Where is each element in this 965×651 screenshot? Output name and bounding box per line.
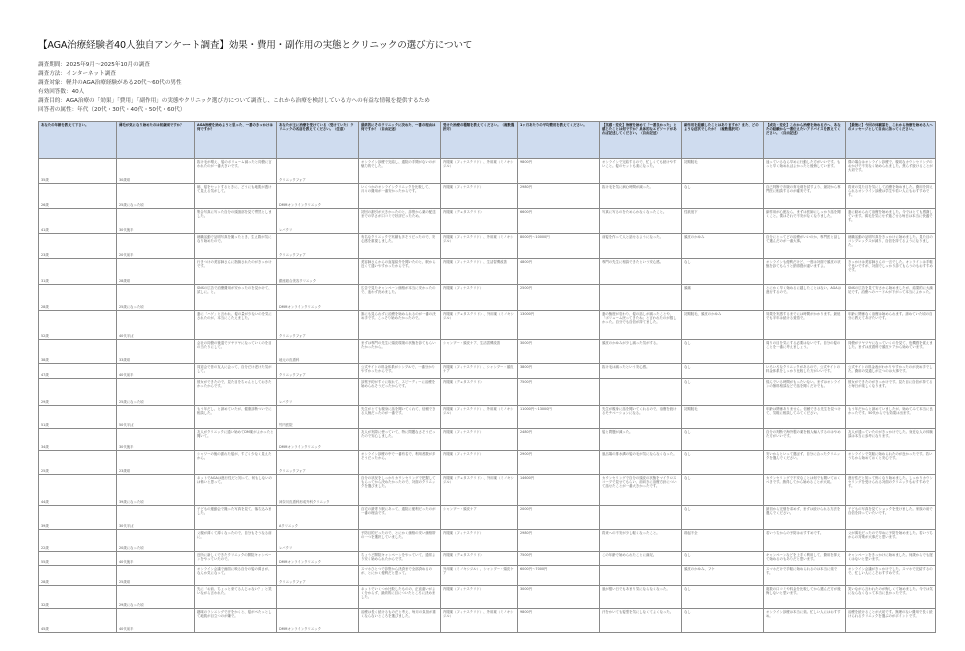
cell-message: 公式サイトの料金表がわかりやすかったのが決め手でした。費用の見通しが立つのは大事… <box>846 364 936 379</box>
table-body: 35歳30歳頃抜け毛が増え、髪のボリューム減ったと同僚に言われたのが一番大きいで… <box>39 159 936 633</box>
cell-message: SNSの広告を見て安さから始めましたが、結果的に大満足です。治療へのハードルが下… <box>846 285 936 311</box>
cell-monthly-cost: 7500円 <box>518 379 600 406</box>
cell-message: 同僚がツヤツヤになっていくのを見て、危機感を覚えました。まずは皮膚科で頭皮ケアか… <box>846 340 936 364</box>
cell-clinic: DMMオンラインクリニック <box>277 184 359 209</box>
cell-age: 51歳 <box>39 406 117 429</box>
cell-best-result: カウンセリングで自分の頭皮の状態をマイクロスコープで見せてもらい、前向きに治療方… <box>600 475 682 506</box>
table-row: 35歳30歳頃抜け毛が増え、髪のボリューム減ったと同僚に言われたのが一番大きいで… <box>39 159 936 184</box>
cell-reason: 広告で見たキャンペーン価格が本当に安かったので、迷わず決めました。 <box>359 285 441 311</box>
cell-monthly-cost: 3800円 <box>518 364 600 379</box>
cell-reason: 診察予約がすぐに取れて、スピーディーに治療を始められそうだったからです。 <box>359 379 441 406</box>
cell-onset-age: 30歳頃 <box>117 159 195 184</box>
cell-trigger: 就職活動で証明写真を撮ったとき、生え際が気になり始めたので。 <box>195 234 277 259</box>
cell-advice: 効果を実感するまでには時間がかかります。最低でも半年は続ける覚悟で。 <box>764 311 846 340</box>
cell-best-result: オンラインで完結するので、忙しくても続けやすいこと。髪のセットも楽になった。 <box>600 159 682 184</box>
table-row: 25歳23歳頃シャワーの後の濡れた髪が、すごく少なく見えたから。クリニックフォア… <box>39 451 936 475</box>
cell-trigger: 近所に新しくできたクリニックの開院キャンペーンをやっていたので。 <box>195 552 277 566</box>
cell-side-effects: なし <box>682 609 764 633</box>
cell-trigger: 朝、髪をセットするときに、どうにも地肌が透けて見える気がして。 <box>195 184 277 209</box>
cell-message: 就職活動の証明写真をきっかけに始めました。見た目のコンプレックスが減り、自信を持… <box>846 234 936 259</box>
cell-message: キャンペーンをきっかけに始めました。何歳からでも遅くはないと思います。 <box>846 552 936 566</box>
cell-message: 父が薄毛だったので早めに予防を始めました。若いうちからの対策が大事だと思います。 <box>846 530 936 552</box>
cell-monthly-cost: 14600円 <box>518 475 600 506</box>
survey-purpose: 調査目的：AGA治療の「効果」「費用」「副作用」の実態やクリニック選び方について… <box>38 97 430 106</box>
cell-reason: 公式サイトの料金体系がシンプルで、一番分かりやすかったからです。 <box>359 364 441 379</box>
cell-reason: 治療は長く続けるものだと考え、毎月の負担が重くならないところを選びました。 <box>359 609 441 633</box>
cell-best-result <box>600 379 682 406</box>
cell-advice: とにかく早く始めるに越したことはない。AGAは進行するので。 <box>764 285 846 311</box>
cell-side-effects: なし <box>682 586 764 609</box>
cell-age: 23歳 <box>39 234 117 259</box>
survey-period: 調査期間：2025年9月～2025年10月の調査 <box>38 61 430 70</box>
cell-treatment: 内服薬（フィナステリド） <box>441 451 518 475</box>
cell-message: 子どもの写真を見てショックを受けました。家族の前で自信を持っていたいです。 <box>846 506 936 530</box>
cell-trigger: 趣味のランニングで汗をかくと、髪がぺたっとして地肌が目立つのが嫌で。 <box>195 609 277 633</box>
table-header-row: あなたの年齢を教えて下さい。 薄毛が気になり始めたのは何歳頃ですか？ AGA治療… <box>39 122 936 159</box>
cell-best-result: 髪と問題が減った。 <box>600 429 682 451</box>
cell-trigger: 父親が薄くて薄くなったので、自分もそうなる前に。 <box>195 530 277 552</box>
cell-side-effects: 初期脱毛 <box>682 159 764 184</box>
cell-message: きっかけは美容師さんの一言でした。オンラインは手軽で良いですが、対面でしっかり診… <box>846 259 936 285</box>
cell-reason: まずは専門の先生に頭皮環境の状態を診てもらいたかったから。 <box>359 340 441 364</box>
cell-best-result: 将来への不安が少し軽くなったこと。 <box>600 530 682 552</box>
cell-onset-age: 29歳になった頃 <box>117 586 195 609</box>
cell-advice: キャンペーンなどを上手く利用して、費用を抑えて始めるのもありだと思います。 <box>764 552 846 566</box>
cell-onset-age: 33歳頃 <box>117 340 195 364</box>
cell-age: 29歳 <box>39 379 117 406</box>
cell-trigger: オンライン会議で画面に映る自分の髪の薄さが、なんか気になって。 <box>195 566 277 586</box>
cell-age: 32歳 <box>39 586 117 609</box>
cell-advice: 最初から完璧を求めず、まずは続けられる方法を選んでください。 <box>764 506 846 530</box>
cell-onset-age: 40代前半 <box>117 609 195 633</box>
cell-advice: カウンセリングで不安なことは何でも聞いておくべきです。納得してから始めることが大… <box>764 475 846 506</box>
cell-treatment: 内服薬（デュタステリド）、外用薬（ミノキシジル） <box>441 475 518 506</box>
cell-advice: 複数の口コミや料金を比較してから選んだ方が後悔しないと思います。 <box>764 586 846 609</box>
cell-trigger: もう年だし、と諦めていたが、健康診断ついでに相談した。 <box>195 406 277 429</box>
cell-advice: オンラインも便利だけど、一度は対面で頭皮の状態を診てもらうと納得感が違いますよ。 <box>764 259 846 285</box>
cell-trigger: 子どもの運動会で撮った写真を見て、落ち込みました。 <box>195 506 277 530</box>
cell-side-effects: なし <box>682 506 764 530</box>
cell-reason: 自宅の最寄り駅にあって、通院に便利だったのが一番の理由です。 <box>359 506 441 530</box>
cell-monthly-cost: 6600円 <box>518 209 600 234</box>
cell-age: 41歳 <box>39 209 117 234</box>
cell-side-effects: 初期脱毛、頭皮のかゆみ <box>682 311 764 340</box>
cell-treatment: シャンプー・頭皮ケア、生活習慣改善 <box>441 340 518 364</box>
cell-onset-age: 40代後半 <box>117 552 195 566</box>
cell-monthly-cost: 6000円～7000円 <box>518 566 600 586</box>
cell-reason: ネットでいくつか比較したものの、正直違いがよく分からず、最終的に目についたところ… <box>359 586 441 609</box>
cell-clinic: クリニックフォア <box>277 159 359 184</box>
cell-advice: 悩んでいる時間がもったいない。まずはオンラインの無料相談などで話を聞くだけでも。 <box>764 379 846 406</box>
cell-side-effects: なし <box>682 259 764 285</box>
cell-best-result: 前髪を作って人と話せるようになった。 <box>600 234 682 259</box>
table-row: 51歳50代半ばもう年だし、と諦めていたが、健康診断ついでに相談した。竹内医院先… <box>39 406 936 429</box>
cell-age: 38歳 <box>39 340 117 364</box>
cell-clinic: クリニックフォア <box>277 234 359 259</box>
table-row: 55歳40代後半近所に新しくできたクリニックの開院キャンペーンをやっていたので。… <box>39 552 936 566</box>
cell-treatment: 内服薬（デュタステリド） <box>441 209 518 234</box>
table-row: 47歳40代前半同窓会で昔の友人に会って、自分だけ老けた気がして。クリニックフォ… <box>39 364 936 379</box>
cell-age: 28歳 <box>39 285 117 311</box>
cell-best-result: 抜け毛を気に病む時間が減った。 <box>600 184 682 209</box>
table-row: 34歳30代後半友人がクリニックに通い始めてDM薬がよかったと聞いて。DMMオン… <box>39 429 936 451</box>
cell-onset-age: 39歳になった頃 <box>117 475 195 506</box>
respondent-attributes: 回答者の属性：年代（20代・30代・40代・50代・60代） <box>38 106 430 115</box>
table-row: 23歳20代前半就職活動で証明写真を撮ったとき、生え際が気になり始めたので。クリ… <box>39 234 936 259</box>
cell-clinic: クリニックフォア <box>277 451 359 475</box>
cell-treatment: 内服薬（フィナステリド） <box>441 184 518 209</box>
cell-treatment: 内服薬（フィナステリド）、外用薬（ミノキシジル） <box>441 609 518 633</box>
cell-reason: 先生がとても親身に話を聞いてくれて、信頼できる人柄だったのが一番です。 <box>359 406 441 429</box>
cell-monthly-cost: 4800円 <box>518 259 600 285</box>
cell-message: 将来の見た目を気にして治療を始めました。費用を抑えられるオンライン診療は学生や若… <box>846 184 936 209</box>
cell-message: オンライン会議がきっかけでした。スマホで完結するので、忙しい人にこそおすすめです… <box>846 566 936 586</box>
column-header-reason: 最終的にそのクリニックに決めた、一番の理由は何ですか？（自由記述） <box>359 122 441 159</box>
cell-side-effects: 初期脱毛 <box>682 406 764 429</box>
column-header-best-result: 【実感・変化】治療を始めて「一番良かった」と感じたことは何ですか？具体的なエピソ… <box>600 122 682 159</box>
cell-side-effects: なし <box>682 379 764 406</box>
cell-clinic: Aクリニック <box>277 506 359 530</box>
column-header-trigger: AGA治療を始めようと思った、一番のきっかけは何ですか？ <box>195 122 277 159</box>
survey-overview: 調査期間：2025年9月～2025年10月の調査 調査方法：インターネット調査 … <box>38 61 430 116</box>
cell-side-effects: 頭皮のかゆみ <box>682 234 764 259</box>
cell-best-result: 写真に写るのをためらわなくなったこと。 <box>600 209 682 234</box>
survey-results-table: あなたの年齢を教えて下さい。 薄毛が気になり始めたのは何歳頃ですか？ AGA治療… <box>38 121 936 633</box>
cell-reason: いくつかのオンラインクリニックを比較して、月々の費用が一番安かったからです。 <box>359 184 441 209</box>
cell-clinic: クリニックフォア <box>277 566 359 586</box>
valid-responses: 有効回答数：40人 <box>38 88 430 97</box>
cell-side-effects: なし <box>682 364 764 379</box>
cell-treatment: 内服薬（デュタステリド） <box>441 552 518 566</box>
cell-reason: 初回の割引が大きかったのと、診察から薬の配送までの早さが口コミで好評だったため。 <box>359 209 441 234</box>
cell-trigger: SNSの広告で治療費用が安かったのを見かけて、試しに。と。 <box>195 285 277 311</box>
cell-clinic: クリニックフォア <box>277 364 359 379</box>
cell-side-effects: なし <box>682 552 764 566</box>
cell-reason: ちょうど開院キャンペーンをやっていて、通常より安く始められたからです。 <box>359 552 441 566</box>
cell-best-result: 妻の態度が変わり、髪の話しが減ったことや、「ボリューム戻ってきたね」と言われたの… <box>600 311 682 340</box>
cell-side-effects: 頭皮のかゆみ、フケ <box>682 566 764 586</box>
cell-age: 34歳 <box>39 429 117 451</box>
table-row: 29歳25歳になった頃彼女ができたので、見た目をちゃんとしておきたかったからです… <box>39 379 936 406</box>
table-row: 41歳30代後半集合写真に写った自分の頭頂部を見て愕然としました。レバクリ初回の… <box>39 209 936 234</box>
cell-reason: オンライン診療の中で一番有名で、利用者数が多そうだったから。 <box>359 451 441 475</box>
cell-trigger: ネットでAGAは進行性だと知って、何もしないのは怖いと思って。 <box>195 475 277 506</box>
survey-target: 調査対象：軽井のAGA治療経験がある20代～60代の男性 <box>38 79 430 88</box>
cell-message: オンラインで気軽に始められたのが良かったです。若いうちから始めておくと安心です。 <box>846 451 936 475</box>
table-row: 26歳25歳になった頃朝、髪をセットするときに、どうにも地肌が透けて見える気がし… <box>39 184 936 209</box>
cell-best-result: 風呂場の排水溝の髪の毛が気にならなくなった。 <box>600 451 682 475</box>
cell-trigger: 行きつけの美容師さんに指摘されたのがきっかけです。 <box>195 259 277 285</box>
cell-treatment: 内服薬（フィナステリド）、生活習慣改善 <box>441 259 518 285</box>
cell-advice: 迷っているなら早めに行動した方がいいです。もっと早く始めればよかったと後悔してい… <box>764 159 846 184</box>
cell-message: 彼女ができたのがきっかけです。見た目に自信が持てると毎日が楽しくなります。 <box>846 379 936 406</box>
cell-message: 僕の場合はオンライン診療で、親切なカウンセリングのおかげで不安なく始められました… <box>846 159 936 184</box>
cell-trigger: 集合写真に写った自分の頭頂部を見て愕然としました。 <box>195 209 277 234</box>
cell-advice: オンライン診療は本当に楽。忙しい人にはおすすめ。 <box>764 609 846 633</box>
column-header-advice: 【成功・変化】これから治療を始める方へ、あなたの経験から一番伝えたいアドバイスを… <box>764 122 846 159</box>
cell-clinic <box>277 586 359 609</box>
cell-treatment: 内服薬（フィナステリド）、外用薬（ミノキシジル） <box>441 159 518 184</box>
cell-best-result <box>600 566 682 586</box>
cell-side-effects: 性欲低下 <box>682 209 764 234</box>
cell-advice: 自己判断で市販の育毛剤を試すより、最初から専門医に相談するのが確実です。 <box>764 184 846 209</box>
table-row: 32歳29歳になった頃先に「お前、ちょっと来てるんじゃない？」と笑いながら言われ… <box>39 586 936 609</box>
cell-age: 52歳 <box>39 311 117 340</box>
cell-onset-age: 30代半ば <box>117 506 195 530</box>
cell-reason: オンライン診療で完結し、通院の手間がないのが魅力的でした。 <box>359 159 441 184</box>
cell-onset-age: 30代後半 <box>117 209 195 234</box>
cell-best-result: 汗をかいても髪型を気にしなくてよくなった。 <box>600 609 682 633</box>
cell-best-result: 専門の先生に相談できたという安心感。 <box>600 259 682 285</box>
cell-best-result: 抜け毛は減ったという安心感。 <box>600 364 682 379</box>
column-header-onset-age: 薄毛が気になり始めたのは何歳頃ですか？ <box>117 122 195 159</box>
cell-best-result: 風が強い日でもあまり気にならなくなった。 <box>600 586 682 609</box>
cell-monthly-cost: 2900円 <box>518 451 600 475</box>
cell-age: 22歳 <box>39 530 117 552</box>
table-row: 44歳39歳になった頃ネットでAGAは進行性だと知って、何もしないのは怖いと思っ… <box>39 475 936 506</box>
cell-age: 28歳 <box>39 566 117 586</box>
cell-clinic: レバクリ <box>277 209 359 234</box>
cell-treatment: 内服薬（フィナステリド） <box>441 586 518 609</box>
cell-monthly-cost: 2000円 <box>518 506 600 530</box>
survey-method: 調査方法：インターネット調査 <box>38 70 430 79</box>
cell-clinic: 神奈川皮膚科形成外科クリニック <box>277 475 359 506</box>
cell-side-effects: なし <box>682 184 764 209</box>
cell-reason: 友人が実際に使っていて、特に問題なさそうだったので安心しました。 <box>359 429 441 451</box>
cell-treatment: 内服薬（デュタステリド）、外用薬（ミノキシジル） <box>441 311 518 340</box>
cell-message: 笑いながら言われたのが悔しくて始めました。今では気にならなくなって本当に良かった… <box>846 586 936 609</box>
page-title: 【AGA治療経験者40人独自アンケート調査】効果・費用・副作用の実態とクリニック… <box>38 37 472 51</box>
cell-trigger: 先に「お前、ちょっと来てるんじゃない？」と笑いながら言われた。 <box>195 586 277 609</box>
cell-onset-age: 25歳になった頃 <box>117 184 195 209</box>
cell-reason: スマホひとつで診察から決済まで全部済めるのが、とにかく便利だと思って。 <box>359 566 441 586</box>
table-row: 52歳40代半ば妻に「ハゲ」と言われ、髪の量が少ないのを気にされたのが、本当にこ… <box>39 311 936 340</box>
cell-side-effects: 勃起不全 <box>682 530 764 552</box>
cell-reason: 有名なクリニックで実績も多そうだったので、安心感を重視しました。 <box>359 234 441 259</box>
table-row: 45歳40代前半趣味のランニングで汗をかくと、髪がぺたっとして地肌が目立つのが嫌… <box>39 609 936 633</box>
cell-advice: 若いうちからの予防はおすすめです。 <box>764 530 846 552</box>
cell-best-result <box>600 506 682 530</box>
cell-treatment: 内服薬（デュタステリド） <box>441 379 518 406</box>
column-header-clinic: あなたが主に治療を受けている（受けていた）クリニックの名前を教えてください。（任… <box>277 122 359 159</box>
cell-onset-age: 23歳頃 <box>117 451 195 475</box>
cell-clinic: DMMオンラインクリニック <box>277 429 359 451</box>
cell-treatment: 内服薬（フィナステリド）、外用薬（ミノキシジル） <box>441 234 518 259</box>
column-header-message: 【最後に】今回の体験談を、これから治療を始める人へのメッセージとして自由に語って… <box>846 122 936 159</box>
cell-age: 25歳 <box>39 451 117 475</box>
cell-message: 治療を続けることが大切です。無理のない費用で長く続けられるクリニックを選ぶのがポ… <box>846 609 936 633</box>
cell-treatment: シャンプー・頭皮ケア <box>441 506 518 530</box>
cell-treatment: 内服薬（フィナステリド） <box>441 429 518 451</box>
column-header-monthly-cost: 1ヶ月あたりの平均費用を教えてください。 <box>518 122 600 159</box>
cell-clinic: 地元の皮膚科 <box>277 340 359 364</box>
cell-monthly-cost: 11000円～13000円 <box>518 406 600 429</box>
cell-monthly-cost: 9800円 <box>518 159 600 184</box>
cell-trigger: 妻に「ハゲ」と言われ、髪の量が少ないのを気にされたのが、本当にこたえました。 <box>195 311 277 340</box>
cell-best-result: この年齢で始められたことに満足。 <box>600 552 682 566</box>
cell-onset-age: 30代後半 <box>117 429 195 451</box>
cell-monthly-cost: 7500円 <box>518 552 600 566</box>
cell-age: 47歳 <box>39 364 117 379</box>
cell-reason: 美容師さんからの直接紹介を聞いたのと、駅から近くて通いやすかったからです。 <box>359 259 441 285</box>
cell-treatment: 内服薬（フィナステリド）、シャンプー・頭皮ケア <box>441 364 518 379</box>
cell-reason: 誰にも見られずに治療を始められるのが一番の決め手です。こっそり始めたかったので。 <box>359 311 441 340</box>
cell-clinic: 竹内医院 <box>277 406 359 429</box>
cell-message: 進行性だと知って怖くなり始めました。しっかりカウンセリングを受けられる対面のクリ… <box>846 475 936 506</box>
cell-monthly-cost: 2500円 <box>518 285 600 311</box>
cell-onset-age: 25歳になった頃 <box>117 285 195 311</box>
cell-advice: 安いからといって選ばず、自分に合ったクリニックを選んでください。 <box>764 451 846 475</box>
cell-onset-age: 40代半ば <box>117 311 195 340</box>
cell-advice: スマホだけで手軽に始められるのは本当に楽です。 <box>764 566 846 586</box>
table-row: 22歳20歳になった頃父親が薄くて薄くなったので、自分もそうなる前に。レバクリ予… <box>39 530 936 552</box>
cell-advice: 年齢は関係ありません。信頼できる先生を見つけて、気軽に相談してみてください。 <box>764 406 846 429</box>
cell-clinic: DMMオンラインクリニック <box>277 609 359 633</box>
cell-monthly-cost: 2480円 <box>518 429 600 451</box>
cell-clinic: レバクリ <box>277 530 359 552</box>
cell-clinic: 銀座総合美容クリニック <box>277 259 359 285</box>
cell-trigger: 抜け毛が増え、髪のボリューム減ったと同僚に言われたのが一番大きいです。 <box>195 159 277 184</box>
cell-age: 31歳 <box>39 259 117 285</box>
cell-trigger: 同窓会で昔の友人に会って、自分だけ老けた気がして。 <box>195 364 277 379</box>
cell-age: 44歳 <box>39 475 117 506</box>
cell-monthly-cost: 8000円～10000円 <box>518 234 600 259</box>
cell-monthly-cost: 3000円 <box>518 586 600 609</box>
cell-clinic: クリニックフォア <box>277 311 359 340</box>
cell-treatment: 内服薬（フィナステリド） <box>441 530 518 552</box>
cell-side-effects: なし <box>682 475 764 506</box>
cell-clinic: DMMオンラインクリニック <box>277 552 359 566</box>
cell-reason: 自分の状況をしっかりカウンセリングで把握してもらってから決めたかったので、対面の… <box>359 475 441 506</box>
cell-trigger: 会社の同僚の後退でツヤツヤになっていくのを目の当たりにして。 <box>195 340 277 364</box>
cell-onset-age: 40代前半 <box>117 364 195 379</box>
cell-trigger: 友人がクリニックに通い始めてDM薬がよかったと聞いて。 <box>195 429 277 451</box>
cell-age: 55歳 <box>39 552 117 566</box>
table-row: 39歳30代半ば子どもの運動会で撮った写真を見て、落ち込みました。Aクリニック自… <box>39 506 936 530</box>
table-row: 31歳28歳頃行きつけの美容師さんに指摘されたのがきっかけです。銀座総合美容クリ… <box>39 259 936 285</box>
cell-clinic: DMMオンラインクリニック <box>277 285 359 311</box>
cell-monthly-cost: 2980円 <box>518 530 600 552</box>
cell-message: 妻に勧められて治療を始めました。今ではとても感謝しています。薄毛を気にせず過ごせ… <box>846 209 936 234</box>
cell-trigger: シャワーの後の濡れた髪が、すごく少なく見えたから。 <box>195 451 277 475</box>
cell-monthly-cost: 2980円 <box>518 184 600 209</box>
cell-advice: 周りの目を気にする必要はないです。自分の髪のことを一番に考えましょう。 <box>764 340 846 364</box>
table-row: 28歳25歳になった頃SNSの広告で治療費用が安かったのを見かけて、試しに。と。… <box>39 285 936 311</box>
cell-best-result: 先生が親身に話を聞いてくれるので、治療を続けるモチベーションになる。 <box>600 406 682 429</box>
cell-trigger: 彼女ができたので、見た目をちゃんとしておきたかったからです。 <box>195 379 277 406</box>
cell-onset-age: 25歳頃 <box>117 566 195 586</box>
cell-monthly-cost: 9800円 <box>518 609 600 633</box>
cell-best-result <box>600 285 682 311</box>
cell-treatment: 内服薬（フィナステリド）、外用薬（ミノキシジル） <box>441 406 518 429</box>
cell-side-effects: なし <box>682 429 764 451</box>
cell-onset-age: 25歳になった頃 <box>117 379 195 406</box>
cell-clinic: レバクリ <box>277 379 359 406</box>
cell-advice: 自分の判断で海外製の薬を個人輸入するのはやめた方がいいです。 <box>764 429 846 451</box>
cell-monthly-cost: 3000円 <box>518 340 600 364</box>
cell-age: 35歳 <box>39 159 117 184</box>
table-row: 28歳25歳頃オンライン会議で画面に映る自分の髪の薄さが、なんか気になって。クリ… <box>39 566 936 586</box>
cell-age: 26歳 <box>39 184 117 209</box>
table-row: 38歳33歳頃会社の同僚の後退でツヤツヤになっていくのを目の当たりにして。地元の… <box>39 340 936 364</box>
cell-advice: 副作用が心配なら、まずは医師にしっかり話を聞くこと。僕はそれで不安がなくなりまし… <box>764 209 846 234</box>
cell-best-result: 頭皮のかゆみが少し減った気がする。 <box>600 340 682 364</box>
cell-message: もう年だからと諦めていましたが、始めてみて本当に良かったです。50代からでも効果… <box>846 406 936 429</box>
cell-side-effects: なし <box>682 340 764 364</box>
cell-message: 年齢に関係なく治療は始められます。諦めていた頃の自分に教えてあげたいです。 <box>846 311 936 340</box>
cell-onset-age: 28歳頃 <box>117 259 195 285</box>
cell-monthly-cost: 13000円 <box>518 311 600 340</box>
column-header-age: あなたの年齢を教えて下さい。 <box>39 122 117 159</box>
column-header-treatment: 受けた治療の種類を教えてください。（複数選択可） <box>441 122 518 159</box>
cell-message: 友人が通っていたのがきっかけでした。身近な人の体験談は本当に参考になります。 <box>846 429 936 451</box>
cell-onset-age: 20歳になった頃 <box>117 530 195 552</box>
column-header-side-effects: 副作用を経験したことはありますか？また、どのような症状でしたか？（複数選択可） <box>682 122 764 159</box>
cell-side-effects: なし <box>682 451 764 475</box>
cell-treatment: 内服薬（フィナステリド） <box>441 285 518 311</box>
cell-advice: いろいろなクリニックがあるので、公式サイトの料金体系をしっかり比較した方がいいで… <box>764 364 846 379</box>
cell-age: 39歳 <box>39 506 117 530</box>
cell-onset-age: 50代半ば <box>117 406 195 429</box>
cell-advice: 自分にとってどの治療がいいのか、専門医と話して選んだのが一番大事。 <box>764 234 846 259</box>
cell-onset-age: 20代前半 <box>117 234 195 259</box>
cell-side-effects: 頭痛 <box>682 285 764 311</box>
cell-age: 45歳 <box>39 609 117 633</box>
cell-reason: 予防目的だったので、とにかく価格の安い価格帯の一つを選択していました。 <box>359 530 441 552</box>
cell-treatment: 外用薬（ミノキシジル）、シャンプー・頭皮ケア <box>441 566 518 586</box>
